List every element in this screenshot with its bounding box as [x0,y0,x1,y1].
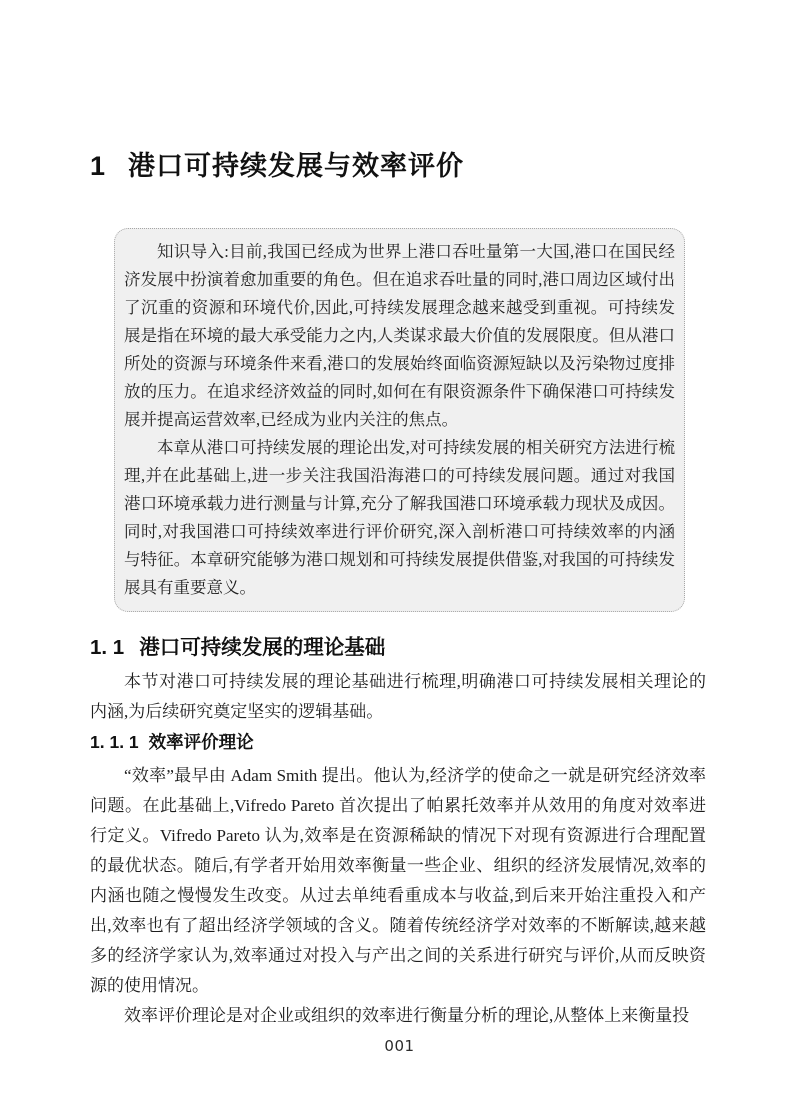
section-1-1-number: 1. 1 [90,633,124,663]
page-number: 001 [0,1037,799,1055]
intro-lead-label: 知识导入: [157,242,229,261]
subsection-paragraph-1: “效率”最早由 Adam Smith 提出。他认为,经济学的使命之一就是研究经济… [90,761,706,1001]
intro-paragraph-1: 知识导入:目前,我国已经成为世界上港口吞吐量第一大国,港口在国民经济发展中扮演着… [124,238,675,434]
section-1-1-title: 港口可持续发展的理论基础 [139,633,385,663]
subsection-1-1-1-number: 1. 1. 1 [90,727,139,757]
subsection-paragraph-2: 效率评价理论是对企业或组织的效率进行衡量分析的理论,从整体上来衡量投 [90,1001,706,1031]
intro-paragraph-2: 本章从港口可持续发展的理论出发,对可持续发展的相关研究方法进行梳理,并在此基础上… [124,434,675,602]
subsection-1-1-1-heading: 1. 1. 1 效率评价理论 [90,727,706,757]
book-page: 1 港口可持续发展与效率评价 知识导入:目前,我国已经成为世界上港口吞吐量第一大… [0,0,799,1118]
chapter-heading: 1 港口可持续发展与效率评价 [90,150,706,182]
chapter-title: 港口可持续发展与效率评价 [128,150,464,182]
section-1-1-paragraph: 本节对港口可持续发展的理论基础进行梳理,明确港口可持续发展相关理论的内涵,为后续… [90,667,706,727]
intro-paragraph-1-text: 目前,我国已经成为世界上港口吞吐量第一大国,港口在国民经济发展中扮演着愈加重要的… [124,242,675,429]
chapter-number: 1 [90,150,106,182]
knowledge-intro-box: 知识导入:目前,我国已经成为世界上港口吞吐量第一大国,港口在国民经济发展中扮演着… [114,228,685,612]
subsection-1-1-1-title: 效率评价理论 [149,727,254,757]
section-1-1-heading: 1. 1 港口可持续发展的理论基础 [90,633,706,663]
